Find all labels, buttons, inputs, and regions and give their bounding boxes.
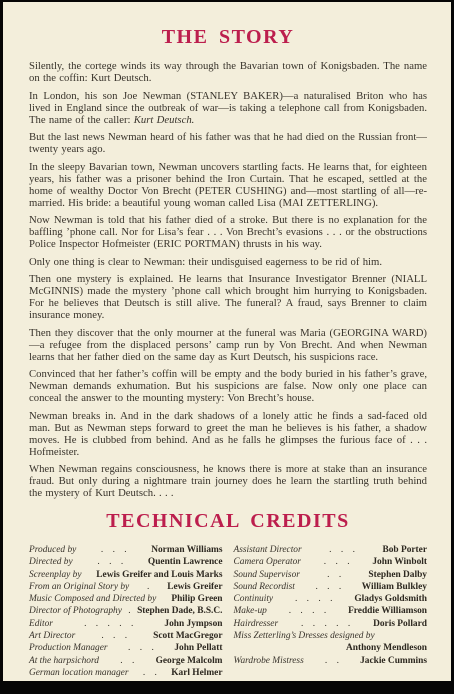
credit-dots: . . .	[80, 544, 147, 556]
programme-page: THE STORY Silently, the cortege winds it…	[3, 2, 451, 681]
credit-row: From an Original Story by.Lewis Greifer	[29, 581, 223, 593]
credit-label: Art Director	[29, 630, 79, 642]
credit-row: German location manager. .Karl Helmer	[29, 667, 223, 679]
credit-label: Assistant Director	[234, 544, 306, 556]
credits-right-column: Assistant Director. . .Bob Porter Camera…	[234, 544, 428, 679]
credits-left-column: Produced by. . .Norman Williams Directed…	[29, 544, 223, 679]
credit-label: Director of Photography	[29, 605, 126, 617]
credit-row: Directed by. . .Quentin Lawrence	[29, 556, 223, 568]
credit-name: John Jympson	[160, 618, 222, 630]
credit-dots: . . .	[112, 642, 171, 654]
story-paragraph: Only one thing is clear to Newman: their…	[29, 256, 427, 268]
credit-label: Hairdresser	[234, 618, 283, 630]
credit-dots: . . . . .	[282, 618, 369, 630]
credit-name: Bob Porter	[378, 544, 427, 556]
credit-label: Camera Operator	[234, 556, 305, 568]
credit-label: Music Composed and Directed by	[29, 593, 160, 605]
credit-name: Scott MacGregor	[149, 630, 222, 642]
story-section: Silently, the cortege winds its way thro…	[29, 60, 427, 499]
story-paragraph: Convinced that her father’s coffin will …	[29, 368, 427, 404]
credit-name: George Malcolm	[152, 655, 223, 667]
credit-name: Stephen Dade, B.S.C.	[133, 605, 222, 617]
credit-name: Karl Helmer	[167, 667, 222, 679]
paragraph-text: In the sleepy Bavarian town, Newman unco…	[29, 161, 427, 209]
credit-dots: . . .	[77, 556, 144, 568]
credit-row: Assistant Director. . .Bob Porter	[234, 544, 428, 556]
credit-name: Lewis Greifer	[163, 581, 222, 593]
credit-name: Anthony Mendleson	[342, 642, 427, 654]
credit-name: Quentin Lawrence	[144, 556, 223, 568]
credits-section: Produced by. . .Norman Williams Directed…	[29, 544, 427, 679]
credit-name: Philip Green	[167, 593, 222, 605]
paragraph-text: Then one mystery is explained. He learns…	[29, 273, 427, 321]
credit-dots: . . . .	[271, 605, 344, 617]
credit-name: Doris Pollard	[369, 618, 427, 630]
credit-name: John Pellatt	[170, 642, 222, 654]
credit-dots: . .	[308, 655, 356, 667]
paragraph-text: Now Newman is told that his father died …	[29, 214, 427, 250]
story-paragraph: Then they discover that the only mourner…	[29, 327, 427, 363]
credit-dots: . .	[304, 569, 364, 581]
credit-name: Lewis Greifer and Louis Marks	[92, 569, 222, 581]
credit-name: Stephen Dalby	[364, 569, 427, 581]
credit-label: At the harpsichord	[29, 655, 103, 667]
credit-label: Wardrobe Mistress	[234, 655, 308, 667]
story-paragraph: Then one mystery is explained. He learns…	[29, 273, 427, 321]
credit-label: Make-up	[234, 605, 271, 617]
credit-row: Miss Zetterling’s Dresses designed by	[234, 630, 428, 642]
story-paragraph: But the last news Newman heard of his fa…	[29, 131, 427, 155]
paragraph-text: In London, his son Joe Newman (STANLEY B…	[29, 90, 427, 126]
credit-row: Produced by. . .Norman Williams	[29, 544, 223, 556]
credit-row: Continuity. . . .Gladys Goldsmith	[234, 593, 428, 605]
credit-dots: .	[126, 605, 133, 617]
credit-row: At the harpsichord. .George Malcolm	[29, 655, 223, 667]
credit-row: Editor. . . . .John Jympson	[29, 618, 223, 630]
story-paragraph: Silently, the cortege winds its way thro…	[29, 60, 427, 84]
credit-name: Norman Williams	[147, 544, 222, 556]
credit-label: Produced by	[29, 544, 80, 556]
credit-dots: . . .	[299, 581, 358, 593]
story-paragraph: When Newman regains consciousness, he kn…	[29, 463, 427, 499]
credit-row: Anthony Mendleson	[234, 642, 428, 654]
story-paragraph: In the sleepy Bavarian town, Newman unco…	[29, 161, 427, 209]
credit-dots: . .	[103, 655, 152, 667]
story-paragraph: In London, his son Joe Newman (STANLEY B…	[29, 90, 427, 126]
credit-dots: . . .	[305, 556, 368, 568]
story-paragraph: Newman breaks in. And in the dark shadow…	[29, 410, 427, 458]
credit-row: Production Manager. . .John Pellatt	[29, 642, 223, 654]
credit-name: John Winbolt	[368, 556, 427, 568]
credit-label: Sound Supervisor	[234, 569, 304, 581]
credit-label: From an Original Story by	[29, 581, 133, 593]
credit-row: Art Director. . .Scott MacGregor	[29, 630, 223, 642]
credit-name: William Bulkley	[358, 581, 427, 593]
credit-label: Production Manager	[29, 642, 112, 654]
story-paragraph: Now Newman is told that his father died …	[29, 214, 427, 250]
credit-label: Editor	[29, 618, 57, 630]
credit-label: Sound Recordist	[234, 581, 299, 593]
credit-dots: .	[133, 581, 163, 593]
credit-row: Wardrobe Mistress. .Jackie Cummins	[234, 655, 428, 667]
paragraph-text: Newman breaks in. And in the dark shadow…	[29, 410, 427, 458]
paragraph-text: Only one thing is clear to Newman: their…	[29, 256, 382, 268]
paragraph-text: Silently, the cortege winds its way thro…	[29, 60, 427, 84]
credit-dots: . . .	[306, 544, 379, 556]
credit-row: Sound Supervisor. .Stephen Dalby	[234, 569, 428, 581]
credit-name: Jackie Cummins	[356, 655, 427, 667]
credit-row: Sound Recordist. . .William Bulkley	[234, 581, 428, 593]
paragraph-text: But the last news Newman heard of his fa…	[29, 131, 427, 155]
paragraph-text: Then they discover that the only mourner…	[29, 327, 427, 363]
credit-row: Camera Operator. . .John Winbolt	[234, 556, 428, 568]
credit-name: Freddie Williamson	[344, 605, 427, 617]
credit-label: German location manager	[29, 667, 132, 679]
credit-label: Miss Zetterling’s Dresses designed by	[234, 630, 379, 642]
credit-label: Continuity	[234, 593, 278, 605]
credit-dots: . . . .	[277, 593, 350, 605]
credit-label: Screenplay by	[29, 569, 86, 581]
credit-dots: . .	[132, 667, 167, 679]
credit-row: Music Composed and Directed byPhilip Gre…	[29, 593, 223, 605]
story-title: THE STORY	[29, 26, 427, 49]
paragraph-text: Convinced that her father’s coffin will …	[29, 368, 427, 404]
credit-dots: . . . . .	[57, 618, 160, 630]
credit-label: Directed by	[29, 556, 77, 568]
credit-row: Director of Photography.Stephen Dade, B.…	[29, 605, 223, 617]
credit-row: Make-up. . . .Freddie Williamson	[234, 605, 428, 617]
credit-row: Screenplay byLewis Greifer and Louis Mar…	[29, 569, 223, 581]
credit-row: Hairdresser. . . . .Doris Pollard	[234, 618, 428, 630]
credit-dots: . . .	[79, 630, 149, 642]
paragraph-text: When Newman regains consciousness, he kn…	[29, 463, 427, 499]
credits-title: TECHNICAL CREDITS	[29, 510, 427, 533]
credit-name: Gladys Goldsmith	[350, 593, 427, 605]
paragraph-italic-text: Kurt Deutsch.	[134, 114, 195, 126]
